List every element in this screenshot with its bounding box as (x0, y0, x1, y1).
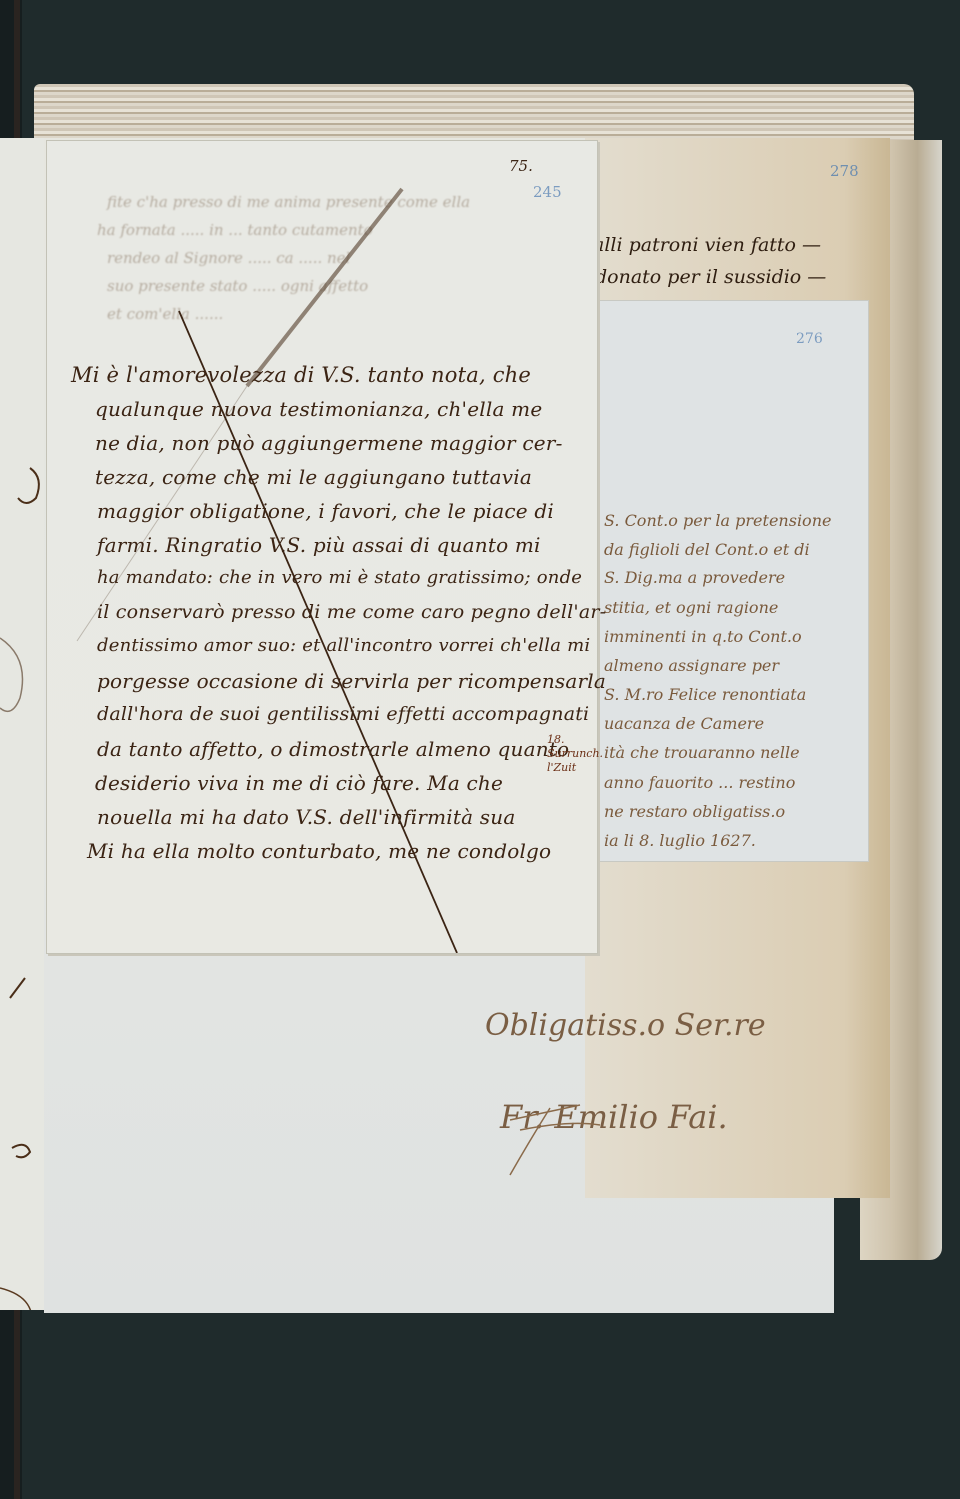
letter-line: Mi ha ella molto conturbato, me ne condo… (87, 839, 551, 863)
letter-line: maggior obligatione, i favori, che le pi… (97, 499, 554, 523)
left-page-ink-fragments (0, 138, 46, 1310)
slip-line: S. Cont.o per la pretensione (604, 511, 831, 530)
bleed-through-line: fite c'ha presso di me anima presente co… (107, 193, 470, 211)
bleed-through-line: rendeo al Signore ..... ca ..... nel (107, 249, 350, 267)
left-verso-page (0, 138, 47, 1310)
slip-line: S. Dig.ma a provedere (604, 568, 785, 587)
letter-line: desiderio viva in me di ciò fare. Ma che (95, 771, 503, 795)
letter-line: ha mandato: che in vero mi è stato grati… (97, 567, 582, 588)
letter-line: qualunque nuova testimonianza, ch'ella m… (95, 397, 542, 421)
bleed-through-line: suo presente stato ..... ogni affetto (107, 277, 368, 295)
letter-line: farmi. Ringratio V.S. più assai di quant… (97, 533, 541, 557)
letter-line: il conservarò presso di me come caro peg… (97, 601, 606, 623)
bleed-through-line: ha fornata ..... in ... tanto cutamento (97, 221, 373, 239)
slip-line: ità che trouaranno nelle (604, 743, 800, 762)
letter-line: tezza, come che mi le aggiungano tuttavi… (95, 465, 532, 489)
letter-line: da tanto affetto, o dimostrarle almeno q… (97, 737, 569, 761)
letter-line: dentissimo amor suo: et all'incontro vor… (97, 635, 590, 656)
bleed-through-line: et com'ella ...... (107, 305, 223, 323)
right-header-line-2: donato per il sussidio — (595, 266, 826, 288)
margin-note-line: Surrunch. (547, 747, 603, 761)
slip-line: stitia, et ogni ragione (604, 598, 778, 617)
margin-note-line: l'Zuit (547, 761, 603, 775)
valediction: Obligatiss.o Ser.re (485, 1008, 766, 1043)
letter-line: dall'hora de suoi gentilissimi effetti a… (97, 703, 589, 725)
folio-number-pencil: 245 (533, 183, 562, 201)
slip-line: imminenti in q.to Cont.o (604, 627, 802, 646)
letter-sheet: 75. 245 fite c'ha presso di me anima pre… (46, 140, 598, 954)
letter-line: nouella mi ha dato V.S. dell'infirmità s… (97, 805, 515, 829)
slip-line: almeno assignare per (604, 656, 779, 675)
slip-line: ne restaro obligatiss.o (604, 802, 785, 821)
margin-note-line: 18. (547, 733, 603, 747)
folio-number-slip: 276 (796, 331, 823, 347)
right-header-line-1: alli patroni vien fatto — (593, 234, 821, 256)
slip-line: da figlioli del Cont.o et di (604, 540, 810, 559)
slip-line: ia li 8. luglio 1627. (604, 831, 756, 850)
letter-line: ne dia, non può aggiungermene maggior ce… (95, 431, 563, 455)
folio-number-right: 278 (830, 162, 859, 180)
slip-line: S. M.ro Felice renontiata (604, 685, 806, 704)
margin-note: 18. Surrunch. l'Zuit (547, 733, 603, 775)
folio-number-ink: 75. (509, 157, 533, 175)
slip-line: anno fauorito ... restino (604, 773, 795, 792)
signature-flourish (490, 1080, 610, 1180)
letter-line: Mi è l'amorevolezza di V.S. tanto nota, … (71, 363, 531, 387)
letter-line: porgesse occasione di servirla per ricom… (97, 669, 606, 693)
inserted-slip: 276 S. Cont.o per la pretensione da figl… (595, 300, 869, 862)
slip-line: uacanza de Camere (604, 714, 764, 733)
